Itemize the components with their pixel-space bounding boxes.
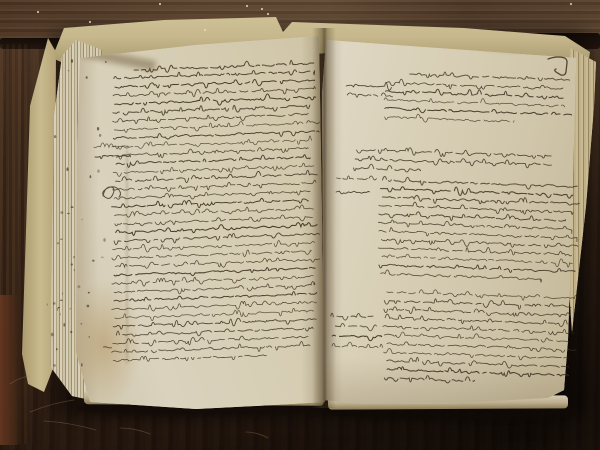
left-page [76, 32, 326, 410]
left-page-fold-line [126, 150, 128, 364]
right-page [322, 34, 580, 410]
wood-red-streak [0, 295, 18, 445]
page-gutter [312, 28, 336, 408]
photo-root [0, 0, 600, 450]
